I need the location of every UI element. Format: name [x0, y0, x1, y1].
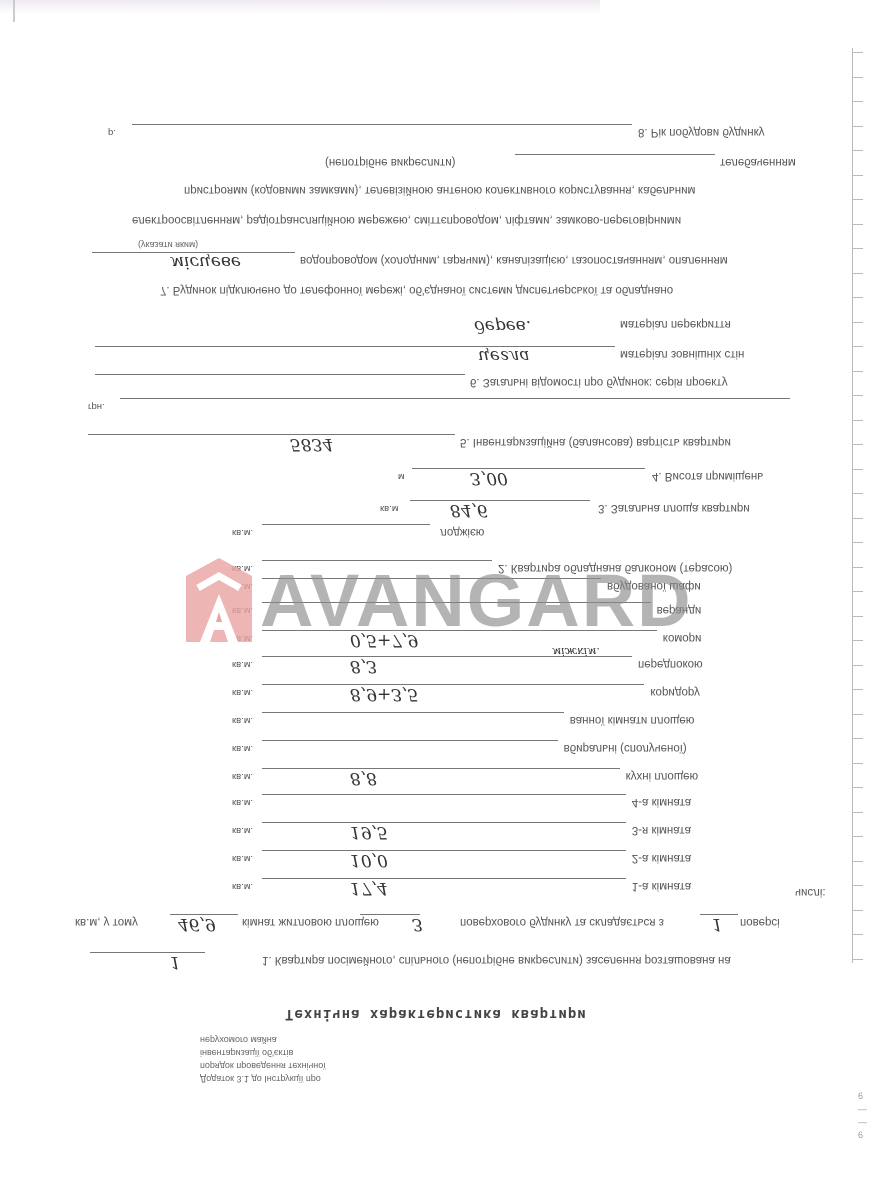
label: кв.м, у тому — [75, 916, 138, 928]
ruler-tick — [853, 567, 863, 568]
ruler-tick — [853, 763, 863, 764]
s6-walls: матеріал зовнішніх стінцегла — [0, 342, 872, 362]
ruler-tick — [853, 959, 863, 960]
fill-line — [410, 500, 590, 501]
watermark: AVANGARD — [186, 558, 693, 642]
room-area-value: 8,9+3,5 — [350, 684, 418, 704]
room-label: 4-а кімната — [632, 796, 691, 808]
room-row: 4-а кімнатакв.м. — [0, 790, 872, 810]
label: 7. Будинок підключено до телефонної мере… — [160, 284, 673, 296]
room-area-value: 8,3 — [350, 656, 377, 676]
label: пристроями (кодовими замками), телевізій… — [184, 184, 695, 196]
unit-label: кв.м. — [232, 743, 253, 754]
label: поверсі — [740, 916, 780, 928]
ruler-tick — [853, 77, 863, 78]
room-area-value: 10,0 — [350, 850, 388, 870]
label: (непотрібне викреслити) — [325, 156, 455, 168]
unit-label: кв.м. — [232, 715, 253, 726]
ruler-tick — [853, 787, 863, 788]
room-area-value: 8,8 — [350, 768, 377, 788]
ruler-tick — [853, 689, 863, 690]
s3-row: 3. Загальна площа квартири84,6кв.м — [0, 496, 872, 516]
unit-label: кв.м. — [232, 659, 253, 670]
watermark-logo-icon — [186, 558, 252, 642]
unit-label: кв.м. — [232, 797, 253, 808]
room-row: передпокоюкв.м.8,3міжкім. — [0, 652, 872, 672]
label: поверхового будинку та складається з — [460, 916, 664, 928]
handwritten-value: 5834 — [290, 434, 333, 454]
appendix-line: нерухомого майна — [0, 1027, 872, 1047]
room-area-value: 19,5 — [350, 822, 388, 842]
appendix-line: інвентаризації об'єктів — [200, 1048, 293, 1058]
handwritten-value: 1 — [170, 952, 181, 972]
label-note: міжкім. — [552, 645, 600, 658]
room-label: 1-а кімната — [632, 880, 691, 892]
note: (указати яким) — [138, 240, 198, 250]
room-label: передпокою — [638, 658, 703, 670]
label: матеріал перекриття — [620, 318, 731, 330]
fill-line — [95, 374, 465, 375]
unit-label: кв.м. — [232, 853, 253, 864]
room-row: коридорукв.м.8,9+3,5 — [0, 680, 872, 700]
label: водопроводом (холодним, гарячим), каналі… — [300, 254, 728, 266]
room-row: 1-а кімнатакв.м.17,4 — [0, 874, 872, 894]
fill-line — [412, 468, 645, 469]
ruler-tick — [853, 518, 863, 519]
fill-line — [262, 822, 626, 823]
ruler-tick — [853, 52, 863, 53]
ruler-tick — [853, 591, 863, 592]
room-row: вбиральні (сполученої)кв.м. — [0, 736, 872, 756]
ruler-tick — [853, 420, 863, 421]
fill-line — [262, 850, 626, 851]
ruler-tick — [853, 640, 863, 641]
ruler-tick — [853, 910, 863, 911]
s7-row5: телебаченням(непотрібне викреслити) — [0, 150, 872, 170]
ruler-tick — [853, 175, 863, 176]
s1-line1: 1. Квартира посімейного, спільного (непо… — [0, 948, 872, 968]
fill-line — [360, 914, 420, 915]
handwritten-value: 46,9 — [178, 914, 216, 934]
ruler-tick — [853, 861, 863, 862]
label: кв.м — [380, 503, 398, 514]
room-label: 3-я кімната — [632, 824, 691, 836]
fill-line — [262, 740, 558, 741]
fill-line — [262, 684, 644, 685]
room-row: ванної кімнати площеюкв.м. — [0, 708, 872, 728]
unit-label: кв.м. — [232, 825, 253, 836]
unit-label: кв.м. — [232, 771, 253, 782]
ruler-tick — [853, 665, 863, 666]
page-title-row: Технічна характеристика квартири — [0, 1004, 872, 1024]
ruler-line — [852, 48, 853, 963]
ruler-tick — [853, 836, 863, 837]
handwritten-value: 3 — [412, 914, 423, 934]
label: 6. Загальні відомості про будинок: серія… — [470, 376, 728, 388]
label: матеріал зовнішніх стін — [620, 348, 744, 360]
ruler-tick — [853, 248, 863, 249]
s1-line2: поверсі1поверхового будинку та складаєть… — [0, 910, 872, 930]
label: 5. Інвентаризаційна (балансова) вартість… — [460, 436, 731, 448]
ruler-tick — [853, 714, 863, 715]
ruler-tick — [853, 150, 863, 151]
label: електроосвітленням, радіотрансляційною м… — [132, 214, 681, 226]
s2-sub-row: лоджієюкв.м. — [0, 520, 872, 540]
s7-row2: водопроводом (холодним, гарячим), каналі… — [0, 248, 872, 268]
room-label: ванної кімнати площею — [570, 714, 695, 726]
label: кв.м. — [232, 527, 253, 538]
fill-line — [88, 434, 455, 435]
fill-line — [262, 712, 564, 713]
room-label: 2-а кімната — [632, 852, 691, 864]
ruler-tick — [853, 934, 863, 935]
fill-line — [262, 794, 626, 795]
label: 3. Загальна площа квартири — [598, 502, 750, 514]
ruler-tick — [853, 616, 863, 617]
label: телебаченням — [720, 156, 796, 168]
label: лоджією — [440, 526, 484, 538]
unit-label: кв.м. — [232, 881, 253, 892]
fill-line — [90, 952, 205, 953]
ruler-tick — [853, 322, 863, 323]
ruler-tick — [853, 493, 863, 494]
appendix-line: порядок проведення технічної — [200, 1061, 326, 1071]
room-row: 2-а кімнатакв.м.10,0 — [0, 846, 872, 866]
handwritten-value: 1 — [712, 914, 723, 934]
ruler-tick — [853, 273, 863, 274]
room-label: кухні площею — [626, 770, 699, 782]
ruler-tick — [853, 542, 863, 543]
room-row: кухні площеюкв.м.8,8 — [0, 764, 872, 784]
ruler-tick — [853, 444, 863, 445]
label: 1. Квартира посімейного, спільного (непо… — [262, 954, 731, 966]
ruler-tick — [853, 297, 863, 298]
room-label: вбиральні (сполученої) — [564, 742, 687, 754]
ruler-tick — [853, 469, 863, 470]
ruler-tick — [853, 126, 863, 127]
handwritten-value: місцеве — [170, 252, 241, 272]
fill-line — [132, 124, 632, 125]
ruler-tick — [853, 395, 863, 396]
room-area-value: 17,4 — [350, 878, 388, 898]
ruler-tick — [853, 371, 863, 372]
watermark-text: AVANGARD — [260, 558, 693, 643]
s6-row: 6. Загальні відомості про будинок: серія… — [0, 370, 872, 390]
ruler-tick — [853, 812, 863, 813]
s5-row: 5. Інвентаризаційна (балансова) вартість… — [0, 430, 872, 450]
appendix-line: нерухомого майна — [200, 1035, 277, 1045]
fill-line — [262, 524, 430, 525]
unit-label: кв.м. — [232, 687, 253, 698]
handwritten-value: дерев. — [474, 316, 531, 336]
ruler-tick — [853, 199, 863, 200]
label: 4. Висота приміщень — [652, 470, 763, 482]
room-row: 3-я кімнатакв.м.19,5 — [0, 818, 872, 838]
label: кімнат житловою площею — [242, 916, 379, 928]
s7-row4: пристроями (кодовими замками), телевізій… — [0, 178, 872, 198]
label: м — [398, 471, 405, 482]
page-marks: 6——6 — [858, 1090, 867, 1142]
label: р. — [108, 127, 116, 138]
s4-row: 4. Висота приміщень3,00м — [0, 464, 872, 484]
page-title: Технічна характеристика квартири — [285, 1006, 587, 1022]
fill-line — [95, 346, 615, 347]
ruler-tick — [853, 346, 863, 347]
label: грн. — [88, 401, 105, 412]
s6-ceiling: матеріал перекриттядерев. — [0, 312, 872, 332]
s7-row1: 7. Будинок підключено до телефонної мере… — [0, 278, 872, 298]
fill-line — [120, 398, 790, 399]
ruler-tick — [853, 101, 863, 102]
appendix-line: Додаток 3.1 до Інструкції про — [200, 1074, 321, 1084]
fill-line — [262, 878, 626, 879]
room-label: коридору — [650, 686, 700, 698]
s8-row: 8. Рік побудови будинкур. — [0, 120, 872, 140]
handwritten-value: 84,6 — [450, 500, 488, 520]
ruler-tick — [853, 885, 863, 886]
fill-line — [515, 154, 715, 155]
s7-row3: електроосвітленням, радіотрансляційною м… — [0, 208, 872, 228]
ruler-tick — [853, 224, 863, 225]
label: 8. Рік побудови будинку — [638, 126, 765, 138]
handwritten-value: 3,00 — [470, 468, 508, 488]
handwritten-value: цегла — [478, 346, 529, 366]
s5-row2: грн. — [0, 394, 872, 414]
ruler-tick — [853, 738, 863, 739]
fill-line — [262, 768, 620, 769]
